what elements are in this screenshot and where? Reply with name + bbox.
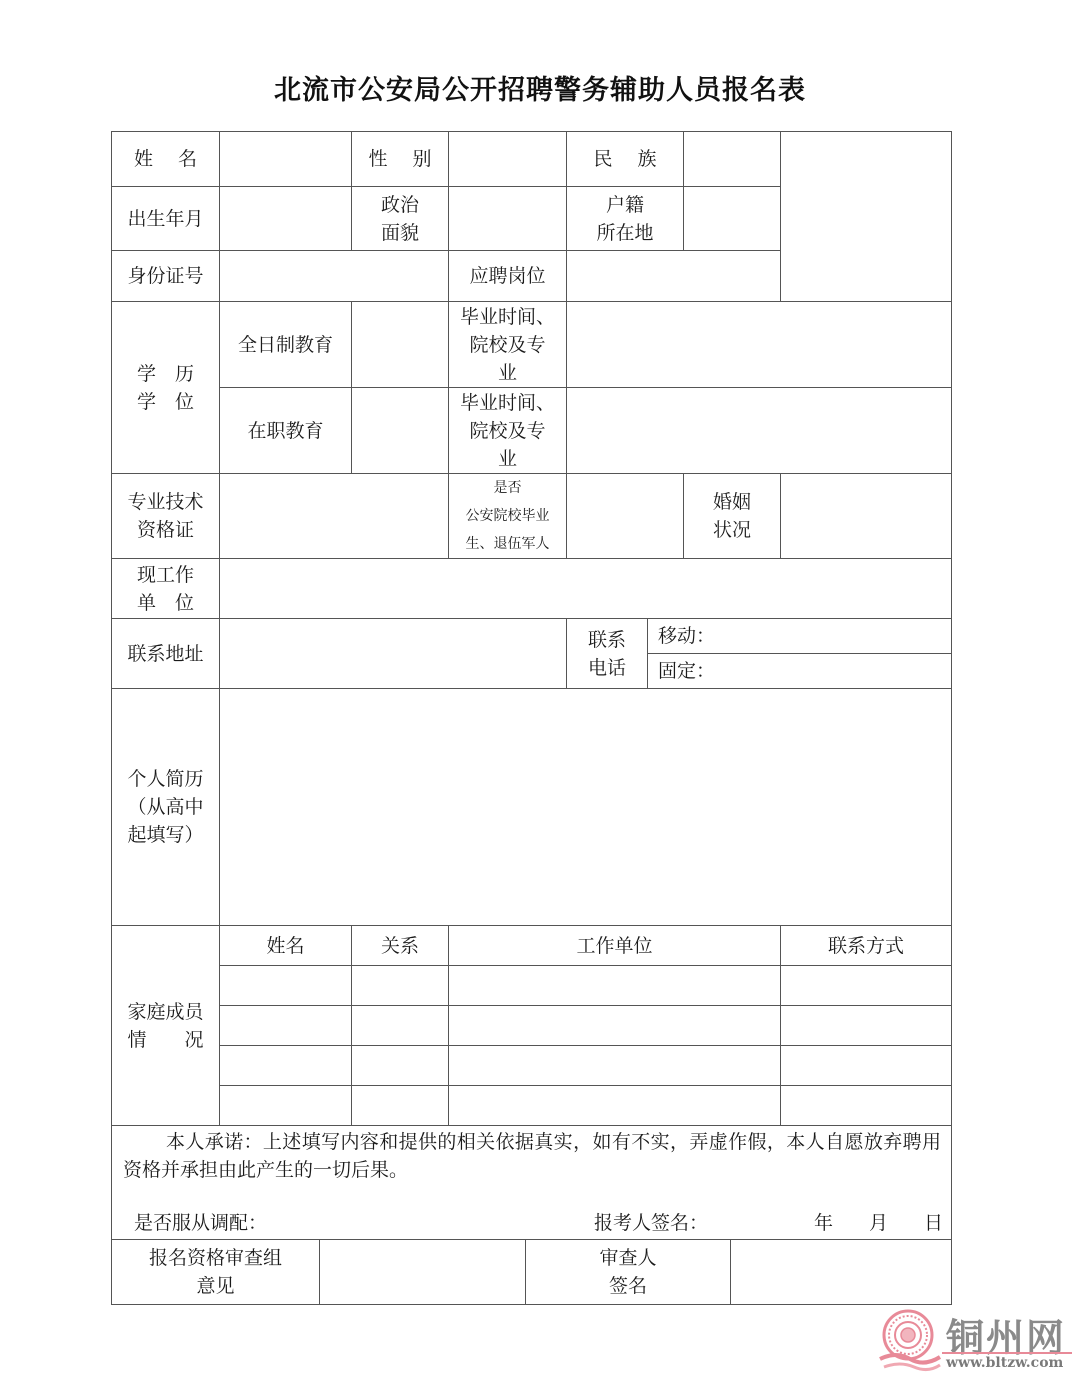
political-label-line1: 政治: [381, 191, 419, 219]
reviewer-signature-input[interactable]: [730, 1239, 952, 1305]
watermark-divider: [942, 1352, 1072, 1354]
family-row-1-name[interactable]: [219, 965, 352, 1006]
family-row-3-name[interactable]: [219, 1045, 352, 1086]
workplace-label-line1: 现工作: [137, 561, 194, 589]
family-header-relation-text: 关系: [381, 932, 419, 960]
pledge-text: 本人承诺：上述填写内容和提供的相关依据真实，如有不实，弄虚作假，本人自愿放弃聘用…: [123, 1128, 941, 1184]
family-header-workplace-text: 工作单位: [576, 932, 652, 960]
family-row-3-relation[interactable]: [351, 1045, 449, 1086]
household-label-line2: 所在地: [596, 219, 653, 247]
family-row-1-contact[interactable]: [780, 965, 952, 1006]
family-row-2-name[interactable]: [219, 1005, 352, 1046]
inservice-label: 在职教育: [219, 387, 352, 474]
date-day-label: 日: [924, 1209, 943, 1237]
family-label-line1: 家庭成员: [127, 998, 203, 1026]
phone-label: 联系 电话: [566, 618, 648, 689]
position-input[interactable]: [566, 250, 781, 302]
resume-label: 个人简历 （从高中 起填写）: [111, 688, 220, 926]
political-input[interactable]: [448, 186, 567, 251]
name-label: 姓 名: [111, 131, 220, 187]
fulltime-label-text: 全日制教育: [238, 331, 333, 359]
fulltime-label: 全日制教育: [219, 301, 352, 388]
family-header-name-text: 姓名: [266, 932, 304, 960]
police-grad-line1: 是否: [494, 474, 522, 502]
mobile-label: 移动：: [658, 622, 715, 650]
cert-label-line1: 专业技术: [127, 488, 203, 516]
review-group-label: 报名资格审查组 意见: [111, 1239, 320, 1305]
family-row-4-name[interactable]: [219, 1085, 352, 1126]
resume-input[interactable]: [219, 688, 952, 926]
ethnicity-label-text: 民 族: [593, 145, 656, 173]
id-label: 身份证号: [111, 250, 220, 302]
reviewer-label: 审查人 签名: [525, 1239, 731, 1305]
watermark-logo-icon: [876, 1307, 942, 1373]
date-month-label: 月: [869, 1209, 888, 1237]
birth-input[interactable]: [219, 186, 352, 251]
family-label-line2: 情 况: [127, 1026, 203, 1054]
photo-box[interactable]: [780, 131, 952, 302]
fulltime-grad-label: 毕业时间、 院校及专 业: [448, 301, 567, 388]
family-row-3-workplace[interactable]: [448, 1045, 781, 1086]
cert-label: 专业技术 资格证: [111, 473, 220, 559]
family-row-4-workplace[interactable]: [448, 1085, 781, 1126]
review-group-label-line2: 意见: [196, 1272, 234, 1300]
position-label-text: 应聘岗位: [469, 262, 545, 290]
watermark: 铜州网 www.bltzw.com: [876, 1307, 1076, 1375]
grad-label-line2: 院校及专: [469, 417, 545, 445]
grad-label-line1: 毕业时间、: [460, 303, 555, 331]
watermark-url: www.bltzw.com: [946, 1355, 1063, 1371]
review-group-label-line1: 报名资格审查组: [149, 1244, 282, 1272]
political-label: 政治 面貌: [351, 186, 449, 251]
name-input[interactable]: [219, 131, 352, 187]
education-label-line2: 学 位: [137, 388, 194, 416]
inservice-grad-label: 毕业时间、 院校及专 业: [448, 387, 567, 474]
police-grad-label: 是否 公安院校毕业 生、退伍军人: [448, 473, 567, 559]
police-grad-input[interactable]: [566, 473, 684, 559]
mobile-input[interactable]: 移动：: [647, 618, 952, 654]
police-grad-line3: 生、退伍军人: [466, 530, 550, 558]
id-label-text: 身份证号: [127, 262, 203, 290]
family-row-4-contact[interactable]: [780, 1085, 952, 1126]
inservice-label-text: 在职教育: [247, 417, 323, 445]
family-label: 家庭成员 情 况: [111, 925, 220, 1126]
family-row-2-relation[interactable]: [351, 1005, 449, 1046]
landline-input[interactable]: 固定：: [647, 653, 952, 689]
signature-label: 报考人签名：: [594, 1209, 708, 1237]
marital-label-line2: 状况: [713, 516, 751, 544]
grad-label-line1: 毕业时间、: [460, 389, 555, 417]
cert-input[interactable]: [219, 473, 449, 559]
family-header-relation: 关系: [351, 925, 449, 966]
obey-label: 是否服从调配：: [134, 1209, 267, 1237]
grad-label-line3: 业: [498, 359, 517, 387]
gender-input[interactable]: [448, 131, 567, 187]
household-label: 户籍 所在地: [566, 186, 684, 251]
resume-label-line2: （从高中: [127, 793, 203, 821]
household-label-line1: 户籍: [606, 191, 644, 219]
family-header-contact: 联系方式: [780, 925, 952, 966]
birth-label-text: 出生年月: [127, 205, 203, 233]
fulltime-grad-input[interactable]: [566, 301, 952, 388]
fulltime-degree-input[interactable]: [351, 301, 449, 388]
address-input[interactable]: [219, 618, 567, 689]
review-opinion-input[interactable]: [319, 1239, 526, 1305]
name-label-text: 姓 名: [134, 145, 197, 173]
workplace-label: 现工作 单 位: [111, 558, 220, 619]
ethnicity-label: 民 族: [566, 131, 684, 187]
marital-label: 婚姻 状况: [683, 473, 781, 559]
education-label: 学 历 学 位: [111, 301, 220, 474]
family-row-3-contact[interactable]: [780, 1045, 952, 1086]
landline-label: 固定：: [658, 657, 715, 685]
phone-label-line2: 电话: [588, 654, 626, 682]
family-row-1-workplace[interactable]: [448, 965, 781, 1006]
reviewer-label-line2: 签名: [609, 1272, 647, 1300]
education-label-line1: 学 历: [137, 360, 194, 388]
form-title: 北流市公安局公开招聘警务辅助人员报名表: [0, 68, 1080, 107]
gender-label-text: 性 别: [368, 145, 431, 173]
family-header-name: 姓名: [219, 925, 352, 966]
marital-input[interactable]: [780, 473, 952, 559]
cert-label-line2: 资格证: [137, 516, 194, 544]
pledge-section: 本人承诺：上述填写内容和提供的相关依据真实，如有不实，弄虚作假，本人自愿放弃聘用…: [111, 1125, 952, 1240]
workplace-input[interactable]: [219, 558, 952, 619]
family-header-contact-text: 联系方式: [828, 932, 904, 960]
family-header-workplace: 工作单位: [448, 925, 781, 966]
grad-label-line2: 院校及专: [469, 331, 545, 359]
marital-label-line1: 婚姻: [713, 488, 751, 516]
ethnicity-input[interactable]: [683, 131, 781, 187]
resume-label-line3: 起填写）: [127, 821, 203, 849]
address-label: 联系地址: [111, 618, 220, 689]
family-row-4-relation[interactable]: [351, 1085, 449, 1126]
police-grad-line2: 公安院校毕业: [466, 502, 550, 530]
id-input[interactable]: [219, 250, 449, 302]
position-label: 应聘岗位: [448, 250, 567, 302]
grad-label-line3: 业: [498, 445, 517, 473]
reviewer-label-line1: 审查人: [599, 1244, 656, 1272]
political-label-line2: 面貌: [381, 219, 419, 247]
family-row-2-contact[interactable]: [780, 1005, 952, 1046]
family-row-1-relation[interactable]: [351, 965, 449, 1006]
signature-line: 是否服从调配： 报考人签名： 年 月 日: [134, 1209, 941, 1237]
household-input[interactable]: [683, 186, 781, 251]
workplace-label-line2: 单 位: [137, 589, 194, 617]
family-row-2-workplace[interactable]: [448, 1005, 781, 1046]
resume-label-line1: 个人简历: [127, 765, 203, 793]
inservice-grad-input[interactable]: [566, 387, 952, 474]
birth-label: 出生年月: [111, 186, 220, 251]
date-year-label: 年: [814, 1209, 833, 1237]
inservice-degree-input[interactable]: [351, 387, 449, 474]
address-label-text: 联系地址: [127, 640, 203, 668]
phone-label-line1: 联系: [588, 626, 626, 654]
gender-label: 性 别: [351, 131, 449, 187]
